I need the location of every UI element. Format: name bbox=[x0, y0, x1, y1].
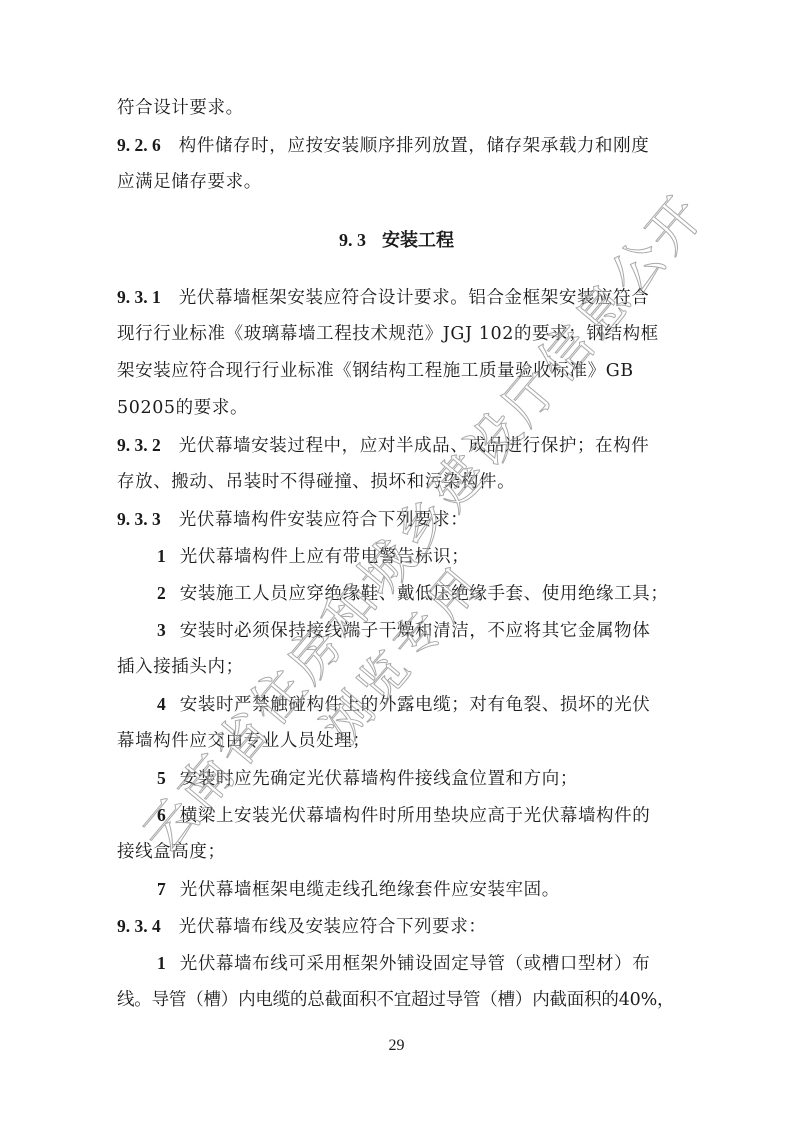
item-number: 3 bbox=[157, 620, 166, 640]
list-item: 1光伏幕墙构件上应有带电警告标识； bbox=[157, 545, 717, 568]
clause-9-3-2: 9. 3. 2光伏幕墙安装过程中，应对半成品、成品进行保护；在构件 bbox=[117, 434, 677, 457]
clause-9-3-1: 9. 3. 1光伏幕墙框架安装应符合设计要求。铝合金框架安装应符合 bbox=[117, 286, 677, 309]
item-text: 光伏幕墙布线可采用框架外铺设固定导管（或槽口型材）布 bbox=[180, 954, 651, 974]
section-heading: 9. 3安装工程 bbox=[0, 229, 793, 252]
paragraph-line: 架安装应符合现行行业标准《钢结构工程施工质量验收标准》GB bbox=[117, 360, 677, 382]
item-text: 安装时必须保持接线端子干燥和清洁，不应将其它金属物体 bbox=[180, 621, 651, 641]
paragraph-line: 插入接插头内； bbox=[117, 656, 677, 678]
page-number: 29 bbox=[0, 1037, 793, 1055]
item-number: 5 bbox=[157, 768, 166, 788]
list-item: 6横梁上安装光伏幕墙构件时所用垫块应高于光伏幕墙构件的 bbox=[157, 804, 717, 827]
paragraph-line: 符合设计要求。 bbox=[117, 97, 677, 119]
item-text: 安装时严禁触碰构件上的外露电缆；对有龟裂、损坏的光伏 bbox=[180, 695, 651, 715]
item-number: 6 bbox=[157, 805, 166, 825]
item-text: 横梁上安装光伏幕墙构件时所用垫块应高于光伏幕墙构件的 bbox=[180, 806, 651, 826]
paragraph-line: 应满足储存要求。 bbox=[117, 171, 677, 193]
clause-number: 9. 3. 4 bbox=[117, 916, 161, 936]
item-text: 安装时应先确定光伏幕墙构件接线盒位置和方向； bbox=[180, 769, 578, 789]
clause-number: 9. 3. 2 bbox=[117, 435, 161, 455]
item-text: 光伏幕墙框架电缆走线孔绝缘套件应安装牢固。 bbox=[180, 880, 560, 900]
paragraph-line: 现行行业标准《玻璃幕墙工程技术规范》JGJ 102的要求；钢结构框 bbox=[117, 323, 677, 345]
clause-number: 9. 3. 3 bbox=[117, 509, 161, 529]
clause-text: 光伏幕墙安装过程中，应对半成品、成品进行保护；在构件 bbox=[179, 436, 650, 456]
clause-9-3-4: 9. 3. 4光伏幕墙布线及安装应符合下列要求： bbox=[117, 915, 677, 938]
item-number: 1 bbox=[157, 546, 166, 566]
clause-text: 光伏幕墙构件安装应符合下列要求： bbox=[179, 510, 469, 530]
paragraph-line: 存放、搬动、吊装时不得碰撞、损坏和污染构件。 bbox=[117, 471, 677, 493]
clause-9-3-3: 9. 3. 3光伏幕墙构件安装应符合下列要求： bbox=[117, 508, 677, 531]
list-item: 1光伏幕墙布线可采用框架外铺设固定导管（或槽口型材）布 bbox=[157, 952, 717, 975]
paragraph-line: 接线盒高度； bbox=[117, 841, 677, 863]
clause-text: 光伏幕墙布线及安装应符合下列要求： bbox=[179, 917, 487, 937]
item-text: 安装施工人员应穿绝缘鞋、戴低压绝缘手套、使用绝缘工具； bbox=[180, 584, 669, 604]
clause-text: 光伏幕墙框架安装应符合设计要求。铝合金框架安装应符合 bbox=[179, 288, 650, 308]
clause-number: 9. 2. 6 bbox=[117, 135, 161, 155]
list-item: 3安装时必须保持接线端子干燥和清洁，不应将其它金属物体 bbox=[157, 619, 717, 642]
list-item: 2安装施工人员应穿绝缘鞋、戴低压绝缘手套、使用绝缘工具； bbox=[157, 582, 717, 605]
item-text: 光伏幕墙构件上应有带电警告标识； bbox=[180, 547, 470, 567]
list-item: 5安装时应先确定光伏幕墙构件接线盒位置和方向； bbox=[157, 767, 717, 790]
paragraph-line: 50205的要求。 bbox=[117, 397, 677, 419]
list-item: 4安装时严禁触碰构件上的外露电缆；对有龟裂、损坏的光伏 bbox=[157, 693, 717, 716]
section-number: 9. 3 bbox=[339, 230, 366, 250]
clause-number: 9. 3. 1 bbox=[117, 287, 161, 307]
clause-text: 构件储存时，应按安装顺序排列放置，储存架承载力和刚度 bbox=[179, 136, 650, 156]
item-number: 2 bbox=[157, 583, 166, 603]
item-number: 4 bbox=[157, 694, 166, 714]
item-number: 7 bbox=[157, 879, 166, 899]
list-item: 7光伏幕墙框架电缆走线孔绝缘套件应安装牢固。 bbox=[157, 878, 717, 901]
paragraph-line: 幕墙构件应交由专业人员处理； bbox=[117, 730, 677, 752]
paragraph-line: 线。导管（槽）内电缆的总截面积不宜超过导管（槽）内截面积的40%， bbox=[117, 989, 677, 1011]
document-page: 符合设计要求。 9. 2. 6构件储存时，应按安装顺序排列放置，储存架承载力和刚… bbox=[0, 0, 793, 1122]
item-number: 1 bbox=[157, 953, 166, 973]
clause-9-2-6: 9. 2. 6构件储存时，应按安装顺序排列放置，储存架承载力和刚度 bbox=[117, 134, 677, 157]
watermark-text: 浏览专用 bbox=[304, 547, 496, 757]
section-title: 安装工程 bbox=[382, 230, 454, 251]
